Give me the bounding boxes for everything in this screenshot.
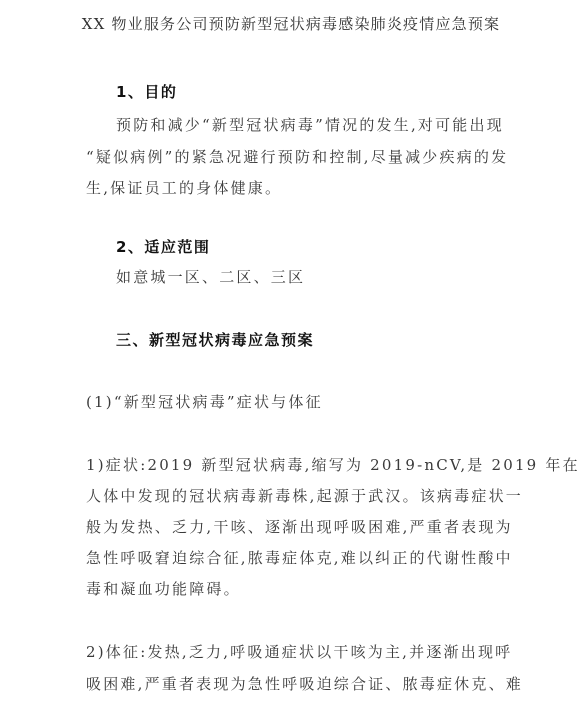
section-heading-scope: 2、适应范围 — [116, 237, 210, 257]
document-title: XX 物业服务公司预防新型冠状病毒感染肺炎疫情应急预案 — [0, 14, 582, 34]
symptoms-line-4: 急性呼吸窘迫综合征,脓毒症体克,难以纠正的代谢性酸中 — [86, 548, 513, 568]
purpose-line-1: 预防和减少“新型冠状病毒”情况的发生,对可能出现 — [116, 115, 504, 135]
purpose-line-2: “疑似病例”的紧急况避行预防和控制,尽量减少疾病的发 — [86, 147, 508, 167]
symptoms-line-2: 人体中发现的冠状病毒新毒株,起源于武汉。该病毒症状一 — [86, 486, 523, 506]
subsection-heading-symptoms-signs: (1)“新型冠状病毒”症状与体征 — [86, 392, 323, 412]
section-heading-purpose: 1、目的 — [116, 82, 177, 102]
symptoms-line-3: 般为发热、乏力,干咳、逐渐出现呼吸困难,严重者表现为 — [86, 517, 513, 537]
section-heading-emergency-plan: 三、新型冠状病毒应急预案 — [116, 330, 314, 350]
symptoms-line-1: 1)症状:2019 新型冠状病毒,缩写为 2019-nCV,是 2019 年在 — [86, 455, 580, 475]
signs-line-1: 2)体征:发热,乏力,呼吸通症状以干咳为主,并逐渐出现呼 — [86, 642, 512, 662]
signs-line-2: 吸困难,严重者表现为急性呼吸迫综合证、脓毒症休克、难 — [86, 674, 523, 694]
scope-line-1: 如意城一区、二区、三区 — [116, 267, 305, 287]
symptoms-line-5: 毒和凝血功能障碍。 — [86, 579, 241, 599]
purpose-line-3: 生,保证员工的身体健康。 — [86, 178, 282, 198]
